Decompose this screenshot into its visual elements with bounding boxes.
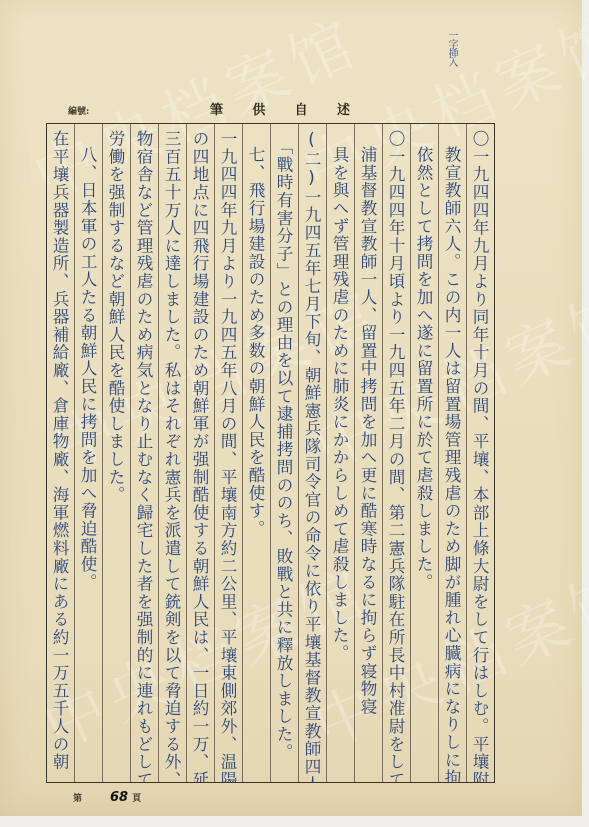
text-column: 「戰時有害分子」との理由を以て逮捕拷問ののち、敗戰と共に釋放しました。	[270, 124, 298, 782]
title-char: 述	[337, 99, 350, 118]
text-column: 具を與へず管理残虐のために肺炎にかからしめて虐殺しました。	[326, 124, 354, 782]
text-column: 教宣教師六人。この内一人は留置場管理残虐のため脚が腫れ心臓病になりしに拘らず	[438, 124, 466, 782]
writing-grid: 〇一九四四年九月より同年十月の間、平壤、本部上條大尉をして行はしむ。平壤附近基督…	[46, 123, 495, 783]
text-column: 八、日本軍の工人たる朝鮮人民に拷問を加へ脅迫酷使。	[74, 124, 102, 782]
text-column: 労働を强制するなど朝鮮人民を酷使しました。	[102, 124, 130, 782]
page-suffix: 頁	[132, 791, 141, 804]
text-column: 〇一九四四年十月頃より一九四五年二月の間、第二憲兵隊駐在所長中村准尉をして行はし…	[382, 124, 410, 782]
text-column: 七、飛行場建設のため多数の朝鮮人民を酷使す。	[242, 124, 270, 782]
text-column: 依然として拷問を加へ遂に留置所に於て虐殺しました。	[410, 124, 438, 782]
paper-sheet: 中央档案馆 中央档案馆 中央档案馆 中央档案馆 中央档案馆 中央档案馆 一字挿入…	[0, 0, 582, 816]
title-char: 供	[252, 99, 265, 118]
scanned-page: 中央档案馆 中央档案馆 中央档案馆 中央档案馆 中央档案馆 中央档案馆 一字挿入…	[0, 0, 589, 827]
text-column: 三百五十万人に達しました。私はそれぞれ憲兵を派遣して銃剣を以て脅迫する外、食	[158, 124, 186, 782]
page-number: 68	[110, 790, 128, 805]
margin-note: 一字挿入	[444, 30, 459, 66]
text-column: 物宿舎など管理残虐のため病気となり止むなく歸宅した者を强制的に連れもどして	[130, 124, 158, 782]
text-column: 在平壤兵器製造所、兵器補給廠、倉庫物廠、海軍燃料廠にある約一万五千人の朝	[47, 124, 74, 782]
number-label: 編號:	[68, 104, 89, 117]
title-char: 筆	[210, 99, 223, 118]
page-footer: 第 68 頁	[73, 790, 141, 805]
text-column: 〇一九四四年九月より同年十月の間、平壤、本部上條大尉をして行はしむ。平壤附近基督	[466, 124, 494, 782]
document-title: 筆 供 自 述	[210, 99, 350, 118]
text-column: 一九四四年九月より一九四五年八月の間、平壤南方約二公里、平壤東側郊外、温陽、新安…	[214, 124, 242, 782]
title-char: 自	[295, 99, 308, 118]
text-column: の四地点に四飛行場建設のため朝鮮軍が强制酷使する朝鮮人民は、一日約一万、延	[186, 124, 214, 782]
page-prefix: 第	[73, 791, 82, 804]
text-column: 浦基督教宣教師一人、留置中拷問を加へ更に酷寒時なるに拘らず寝物寝	[354, 124, 382, 782]
text-column: (二)一九四五年七月下旬、朝鮮憲兵隊司令官の命令に依り平壤基督教宣教師四人を	[298, 124, 326, 782]
